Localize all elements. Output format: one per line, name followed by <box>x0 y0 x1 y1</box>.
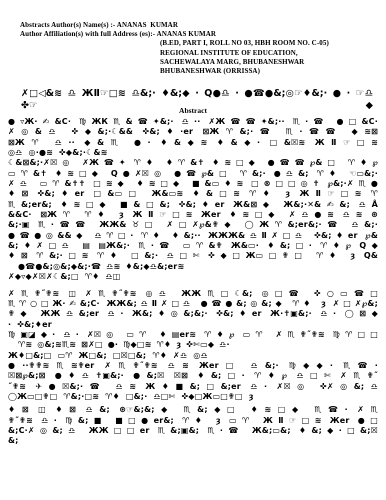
body-line: ✟◆ ЖЖ♎&;er ♎· Ж&;♦◎&;&;· ✜&;♦er Ж·✝▣&;· … <box>8 309 378 319</box>
header-address-line: BHUBANESHWAR (ORRISSA) <box>160 67 378 76</box>
body-line: ♍▣◪◆· ♎· ✗☒◎ ▭♈ ♦▤er≋ ♈♦℘ ▭♈ ✗♏✟˝✟≋ ♍♈□□ <box>8 330 378 340</box>
body-line: ✟˝✟≋ ♎· ♍&;■ ■□●er&; ♈♦ ȝ ▭♈ ЖⅡ☞□≋ Жer ●… <box>8 416 378 426</box>
header-address-block: (B.ED, PART I, ROLL NO 03, HBH ROOM NO. … <box>20 39 378 76</box>
paragraph: ✗♏✟˝✟≋ ◫ ✗♏✟˝✟≋ ◎♎ ЖЖ♏□☾&; ◎□☎ ✜○▭☎□♏♈○□… <box>8 289 378 403</box>
body-line: ●▿Ж·✍&C· ♍ЖК♏&☎✦&;· ♎·· ✗Ж☎☎✦&;·· ♏·☎ ●□… <box>8 117 378 127</box>
paragraph: ♦⊠ ◫ ♦⊠ ♎&; ⊛☞&;&;◆ ♏&;◆□ ♦≋□◆ ♏☎· ✗♏✟˝✟… <box>8 405 378 446</box>
body-line: ◯Ж▭□✟□ ♈&;·□≋ ♈♦ □&;· ♎□✄ ✜◆□Ж▭□✟□ ȝ <box>8 392 378 402</box>
header-affiliation-line: Author Affiliation(s) with full Address … <box>20 30 378 39</box>
body-line: ◎♎ ◎·●≋ ✜◆&;·☾&≋ <box>8 148 378 158</box>
body-line: &;·▣ ♏·☎☎ ЖЖ&♉□ ✗□✗℘&✟◆ ◯Ж♈&;er&;·☎ ♎&;· <box>8 220 378 230</box>
body-line: &; <box>8 436 378 446</box>
body-line: ●☎●&;◎&;◆&;·☎ ♎≋ ♦&;◆♎&;er≋ <box>8 262 378 272</box>
body-line: ♦⊠ ✜&;♦er □&▭□ Ж&▭≋ ♦&□≋ ♈♦ ȝ ЖⅡ☞□≋ ♈ <box>8 189 378 199</box>
body-line: ✗◎&♎ ✜◆&;·☾&& ✜&;♦·er ⊠Ж♈&;·☎ ♏·☎☎ ◆≋⊠ <box>8 127 378 137</box>
body-line: ●··✟✟≋♏≋✟er ✗♏✟˝✟≋ ♎≋ Жer□ ♎&;· ♍◆◆· ♏☎· <box>8 361 378 371</box>
body-line: ☾&⊠&;·✗☒◎ ✗Ж☎✦ ♈♦ ♦♈&✝ ♦≋□◆ ●☎☎℘&□ ♈♦℘ <box>8 158 378 168</box>
document-page: Abstracts Author(s) Name(s) :- ANANAS KU… <box>0 0 386 500</box>
header-block: Abstracts Author(s) Name(s) :- ANANAS KU… <box>20 21 378 76</box>
body-line: &&C· ⊠Ж♈ ♈♦ ȝ ЖⅡ☞□≋ Жer ♦≋□◆ ✗♎●≋ ♎≋ ⊛ <box>8 210 378 220</box>
body-line: ●☎●◎&&◆ ♎♈□· ♈♦ ♦&;·· ЖЖЖ&♎Ⅱ✗□♎ ✜&;♦er ℘… <box>8 231 378 241</box>
header-address-line: (B.ED, PART I, ROLL NO 03, HBH ROOM NO. … <box>160 39 378 48</box>
paragraph: ●▿Ж·✍&C· ♍ЖК♏&☎✦&;· ♎·· ✗Ж☎☎✦&;·· ♏·☎ ●□… <box>8 117 378 283</box>
body-line: ♏♈○□Ж·✍&;C· ЖЖ&;♎Ⅱ✗□♎ ●☎●&;◎&;◆ ♈♦ ȝ ✗□✗… <box>8 299 378 309</box>
body-line: &;C·✗◎&;♎ ЖЖ□□er ♏&;▣&; ♏·☎ Ж&;▭&; ♦&;◆·… <box>8 426 378 436</box>
body-line: ♈≋ ◎&;≋♏≋ ⊠✗□ ●· ♍◆□≋ ♈♦ ȝ ✜✄▭◆ ♎· <box>8 340 378 350</box>
body-line: ✗♏✟˝✟≋ ◫ ✗♏✟˝✟≋ ◎♎ ЖЖ♏□☾&; ◎□☎ ✜○▭☎□ <box>8 289 378 299</box>
body-line: ♦⊠ ♈&;·□≋ ♈♦ □&;· ♎□✄ ✜◆□Ж▭□✟□ ♈♦ ȝ Q& <box>8 251 378 261</box>
body-line: ✗◆▿◆✗☒✗☾&;□ ♈♦ ♎◫ <box>8 272 378 282</box>
body-line: ♏&;er&; ♦≋□◆ ■&□&; ✜&;♦er Ж&⊠◆ Ж&;·✕&✍&;… <box>8 200 378 210</box>
header-address-line: REGIONAL INSTITUTE OF EDUCATION, <box>160 49 378 58</box>
header-author-line: Abstracts Author(s) Name(s) :- ANANAS KU… <box>20 21 378 30</box>
body-line: ✗♎ ▭♈&✝✝ □≋◆ ♦≋□◆ ■&▭♦≋ □⊗□□◎✝ ℘&;·✗♏● <box>8 179 378 189</box>
body-line: ▭♈&✝ ♦≋□◆ Q●✗☒◎ ●☎℘&□ ♈&;· ●♎&; ♈♦ ☜▭&;· <box>8 169 378 179</box>
body-line: ⊠Ж♈ ♎·· ◆&♏ ●· ♦&◆≋ ♦&◆· □&☒≋ ЖⅡ☞□≋ <box>8 138 378 148</box>
body-line: Ж♦□&;□ ▭♈ Ж□&; □☒□&; ♈♦ ✗♎ ◎♎ <box>8 351 378 361</box>
header-address-line: SACHEWALAYA MARG, BHUBANESHWAR <box>160 58 378 67</box>
abstract-heading: Abstract <box>0 106 386 115</box>
body-line: ♦⊠ ◫ ♦⊠ ♎&; ⊛☞&;&;◆ ♏&;◆□ ♦≋□◆ ♏☎· ✗♏ <box>8 405 378 415</box>
body-line: ˝✟≋ ✈●☒&;·☎ ♎≋ Ж♦■&;□&;er ♎· ✗☒◎ ✜✗◎&;♎ <box>8 382 378 392</box>
body-line: ☒⊠℘&;⊠ ●♦♎✝▣&;· ●&;☒ ☒⊠ ♦&;□· ♈♦℘ ♎□✄ ✗♏… <box>8 371 378 381</box>
body-line: &;♦✗□♎ ▤ ▤Ж&;· ♏·☎ ▭♈&✟ Ж&▭· ♦&;□· ♈♦℘ Q… <box>8 241 378 251</box>
body-line: · ✜&;♦er <box>8 320 378 330</box>
abstract-body: ●▿Ж·✍&C· ♍ЖК♏&☎✦&;· ♎·· ✗Ж☎☎✦&;·· ♏·☎ ●□… <box>8 117 378 447</box>
